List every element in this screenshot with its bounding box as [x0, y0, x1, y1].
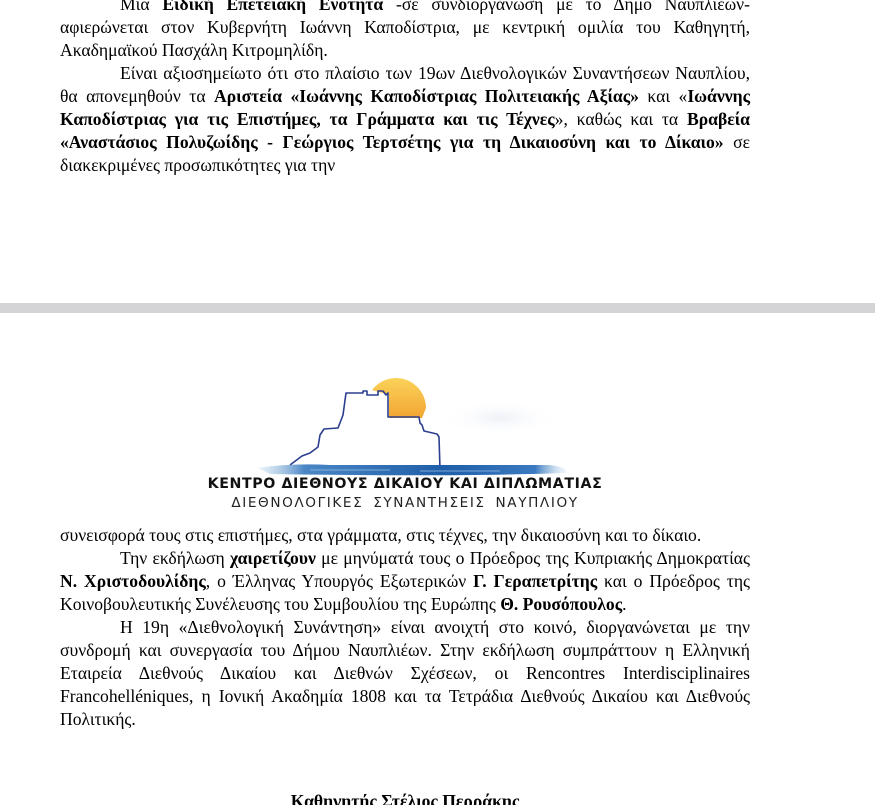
signature: Καθηγητής Στέλιος Περράκης	[60, 791, 750, 805]
text: », καθώς και τα	[555, 109, 687, 129]
text: .	[622, 594, 626, 614]
page2-body: συνεισφορά τους στις επιστήμες, στα γράμ…	[60, 524, 750, 731]
document-page-1: Μια Ειδική Επετειακή Ενότητα -σε συνδιορ…	[0, 0, 875, 303]
bold-text: χαιρετίζουν	[230, 548, 316, 568]
paragraph: Την εκδήλωση χαιρετίζουν με μηνύματά του…	[60, 547, 750, 616]
paragraph: Η 19η «Διεθνολογική Συνάντηση» είναι ανο…	[60, 616, 750, 731]
logo-title: ΚΕΝΤΡΟ ΔΙΕΘΝΟΥΣ ΔΙΚΑΙΟΥ ΚΑΙ ΔΙΠΛΩΜΑΤΙΑΣ	[190, 476, 620, 492]
castle-sun-sea-logo-icon	[250, 373, 580, 478]
paragraph: Είναι αξιοσημείωτο ότι στο πλαίσιο των 1…	[60, 62, 750, 177]
bold-text: Αριστεία «Ιωάννης Καποδίστριας Πολιτειακ…	[214, 86, 639, 106]
text: , ο Έλληνας Υπουργός Εξωτερικών	[206, 571, 473, 591]
bold-text: Θ. Ρουσόπουλος	[500, 594, 622, 614]
text: Η 19η «Διεθνολογική Συνάντηση» είναι ανο…	[60, 617, 750, 729]
paragraph: συνεισφορά τους στις επιστήμες, στα γράμ…	[60, 524, 750, 547]
page-separator	[0, 303, 875, 313]
text: με μηνύματά τους ο Πρόεδρος της Κυπριακή…	[316, 548, 750, 568]
bold-text: Ν. Χριστοδουλίδης	[60, 571, 206, 591]
text: Την εκδήλωση	[120, 548, 230, 568]
page1-body: Μια Ειδική Επετειακή Ενότητα -σε συνδιορ…	[60, 0, 750, 177]
text: συνεισφορά τους στις επιστήμες, στα γράμ…	[60, 525, 701, 545]
text: και «	[639, 86, 687, 106]
document-page-2: ΚΕΝΤΡΟ ΔΙΕΘΝΟΥΣ ΔΙΚΑΙΟΥ ΚΑΙ ΔΙΠΛΩΜΑΤΙΑΣ …	[0, 313, 875, 805]
organization-logo: ΚΕΝΤΡΟ ΔΙΕΘΝΟΥΣ ΔΙΚΑΙΟΥ ΚΑΙ ΔΙΠΛΩΜΑΤΙΑΣ …	[190, 373, 620, 523]
paragraph: Μια Ειδική Επετειακή Ενότητα -σε συνδιορ…	[60, 0, 750, 62]
bold-text: Γ. Γεραπετρίτης	[473, 571, 597, 591]
bold-text: Ειδική Επετειακή Ενότητα	[162, 0, 383, 14]
text: Μια	[120, 0, 162, 14]
logo-subtitle: ΔΙΕΘΝΟΛΟΓΙΚΕΣ ΣΥΝΑΝΤΗΣΕΙΣ ΝΑΥΠΛΙΟΥ	[190, 495, 620, 511]
